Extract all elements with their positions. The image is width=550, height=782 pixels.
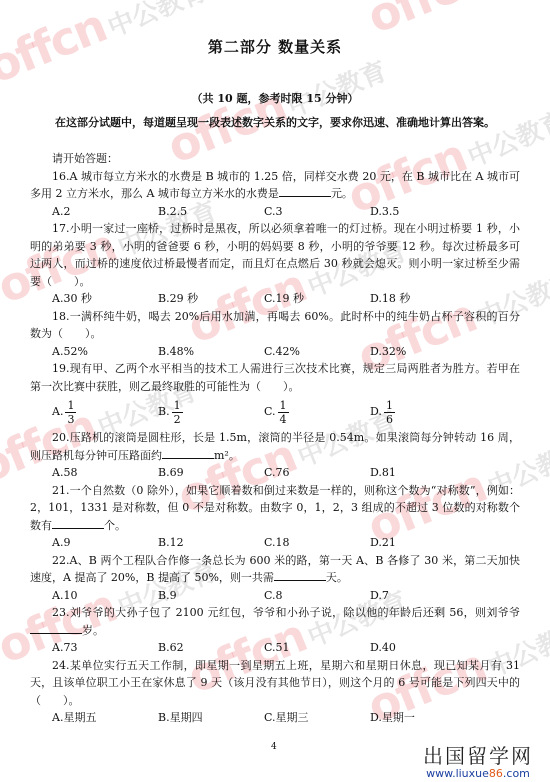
option-c: C.星期三: [264, 709, 370, 727]
option-c: C.8: [264, 587, 370, 605]
option-a: A.58: [52, 464, 158, 482]
option-b: B.48%: [158, 343, 264, 361]
section-subtitle: （共 10 题，参考时限 15 分钟）: [0, 90, 550, 106]
answer-blank: [30, 622, 82, 634]
question-18-options: A.52% B.48% C.42% D.32%: [30, 343, 520, 361]
question-20: 20.压路机的滚筒是圆柱形，长是 1.5m，滚筒的半径是 0.54m。如果滚筒每…: [30, 429, 520, 464]
question-19-options: A.13 B.12 C.14 D.16: [30, 395, 520, 429]
question-24: 24.某单位实行五天工作制，即星期一到星期五上班，星期六和星期日休息，现已知某月…: [30, 657, 520, 710]
question-18: 18.一满杯纯牛奶，喝去 20%后用水加满，再喝去 60%。此时杯中的纯牛奶占杯…: [30, 308, 520, 343]
option-b: B.12: [158, 399, 264, 426]
option-b: B.29 秒: [158, 290, 264, 308]
option-c: C.3: [264, 203, 370, 221]
answer-blank: [52, 517, 104, 529]
option-b: B.2.5: [158, 203, 264, 221]
document-page: 第二部分 数量关系 （共 10 题，参考时限 15 分钟） 在这部分试题中，每道…: [0, 0, 550, 782]
option-a: A.10: [52, 587, 158, 605]
question-22: 22.A、B 两个工程队合作修一条总长为 600 米的路，第一天 A、B 各修了…: [30, 552, 520, 587]
fraction: 14: [278, 399, 289, 426]
option-b: B.12: [158, 534, 264, 552]
option-a: A.52%: [52, 343, 158, 361]
intro-text: 请开始答题：: [30, 150, 520, 168]
option-c: C.14: [264, 399, 370, 426]
option-c: C.42%: [264, 343, 370, 361]
option-d: D.81: [370, 464, 476, 482]
option-a: A.13: [52, 399, 158, 426]
fraction: 13: [65, 399, 76, 426]
fraction: 12: [172, 399, 183, 426]
question-24-options: A.星期五 B.星期四 C.星期三 D.星期一: [30, 709, 520, 727]
answer-blank: [162, 447, 214, 459]
site-logo[interactable]: 出国留学网 www.liuxue86.com: [413, 745, 543, 780]
question-16: 16.A 城市每立方米水的水费是 B 城市的 1.25 倍，同样交水费 20 元…: [30, 168, 520, 203]
site-url[interactable]: www.liuxue86.com: [413, 767, 543, 780]
section-title: 第二部分 数量关系: [0, 36, 550, 57]
option-d: D.16: [370, 399, 476, 426]
option-b: B.9: [158, 587, 264, 605]
option-b: B.69: [158, 464, 264, 482]
option-c: C.51: [264, 639, 370, 657]
option-d: D.18 秒: [370, 290, 476, 308]
question-23: 23.刘爷爷的大孙子包了 2100 元红包，爷爷和小孙子说，除以他的年龄后还剩 …: [30, 604, 520, 639]
question-21-options: A.9 B.12 C.18 D.21: [30, 534, 520, 552]
option-a: A.2: [52, 203, 158, 221]
option-a: A.30 秒: [52, 290, 158, 308]
question-23-options: A.73 B.62 C.51 D.40: [30, 639, 520, 657]
questions-body: 请开始答题： 16.A 城市每立方米水的水费是 B 城市的 1.25 倍，同样交…: [30, 150, 520, 727]
page-number: 4: [271, 742, 277, 752]
question-17: 17.小明一家过一座桥，过桥时是黑夜，所以必须拿着唯一的灯过桥。现在小明过桥要 …: [30, 220, 520, 290]
question-20-options: A.58 B.69 C.76 D.81: [30, 464, 520, 482]
option-c: C.76: [264, 464, 370, 482]
section-instruction: 在这部分试题中，每道题呈现一段表述数字关系的文字，要求你迅速、准确地计算出答案。: [0, 114, 550, 130]
question-17-options: A.30 秒 B.29 秒 C.19 秒 D.18 秒: [30, 290, 520, 308]
option-d: D.3.5: [370, 203, 476, 221]
site-name: 出国留学网: [413, 745, 543, 767]
option-d: D.32%: [370, 343, 476, 361]
question-19: 19.现有甲、乙两个水平相当的技术工人需进行三次技术比赛，规定三局两胜者为胜方。…: [30, 360, 520, 395]
option-b: B.62: [158, 639, 264, 657]
question-16-options: A.2 B.2.5 C.3 D.3.5: [30, 203, 520, 221]
option-d: D.7: [370, 587, 476, 605]
option-a: A.星期五: [52, 709, 158, 727]
option-a: A.9: [52, 534, 158, 552]
question-22-options: A.10 B.9 C.8 D.7: [30, 587, 520, 605]
option-a: A.73: [52, 639, 158, 657]
option-d: D.40: [370, 639, 476, 657]
option-c: C.19 秒: [264, 290, 370, 308]
option-d: D.21: [370, 534, 476, 552]
question-21: 21.一个自然数（0 除外），如果它顺着数和倒过来数是一样的，则称这个数为“对称…: [30, 482, 520, 535]
answer-blank: [274, 569, 326, 581]
fraction: 16: [384, 399, 395, 426]
answer-blank: [279, 185, 331, 197]
option-d: D.星期一: [370, 709, 476, 727]
option-c: C.18: [264, 534, 370, 552]
option-b: B.星期四: [158, 709, 264, 727]
